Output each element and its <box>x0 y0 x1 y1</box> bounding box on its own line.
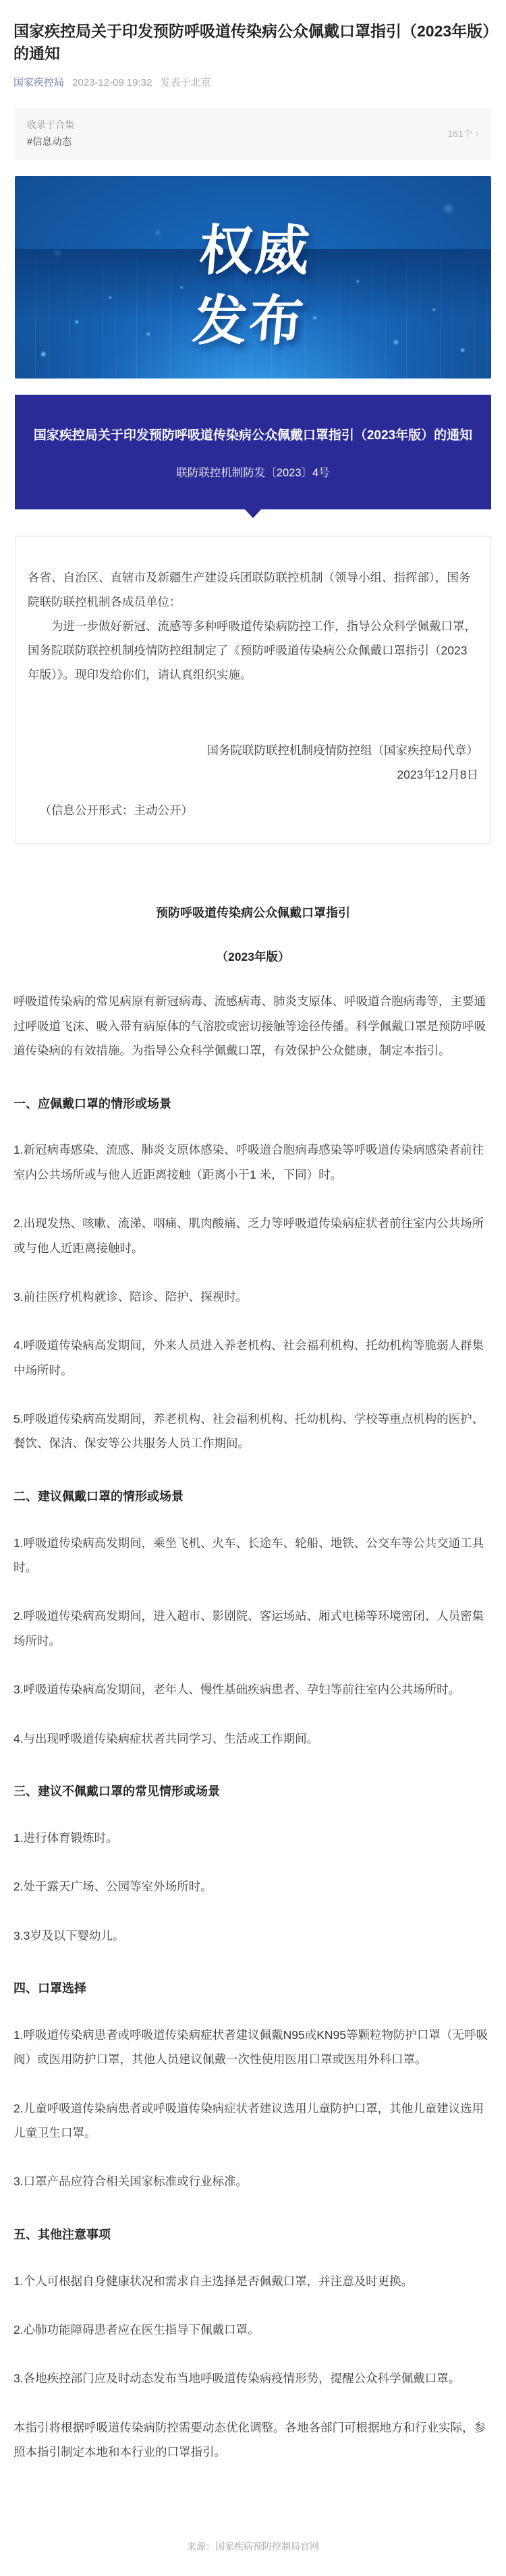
section-1-item: 1.新冠病毒感染、流感、肺炎支原体感染、呼吸道合胞病毒感染等呼吸道传染病感染者前… <box>13 1138 493 1187</box>
section-4-item: 3.口罩产品应符合相关国家标准或行业标准。 <box>13 2169 493 2193</box>
section-1-item: 2.出现发热、咳嗽、流涕、咽痛、肌肉酸痛、乏力等呼吸道传染病症状者前往室内公共场… <box>13 1211 493 1260</box>
section-4-item: 2.儿童呼吸道传染病患者或呼吸道传染病症状者建议选用儿童防护口罩，其他儿童建议选… <box>13 2096 493 2146</box>
section-5-item: 2.心肺功能障碍患者应在医生指导下佩戴口罩。 <box>13 2318 493 2342</box>
source-text: 来源：国家疾病预防控制局官网 <box>187 2541 319 2552</box>
letter-signer: 国务院联防联控机制疫情防控组（国家疾控局代章） <box>28 739 478 763</box>
letter-body: 为进一步做好新冠、流感等多种呼吸道传染病防控工作，指导公众科学佩戴口罩，国务院联… <box>28 615 478 688</box>
source-footer: 来源：国家疾病预防控制局官网 <box>0 2540 506 2576</box>
notice-pointer-arrow <box>245 509 261 518</box>
notice-doc-number: 联防联控机制防发〔2023〕4号 <box>32 464 474 480</box>
letter-disclosure: （信息公开形式：主动公开） <box>28 799 478 823</box>
guideline-title: 预防呼吸道传染病公众佩戴口罩指引 <box>13 903 493 921</box>
section-2-item: 2.呼吸道传染病高发期间，进入超市、影剧院、客运场站、厢式电梯等环境密闭、人员密… <box>13 1604 493 1653</box>
byline: 国家疾控局 2023-12-09 19:32 发表于北京 <box>0 65 506 89</box>
article-page: 国家疾控局关于印发预防呼吸道传染病公众佩戴口罩指引（2023年版）的通知 国家疾… <box>0 0 506 2576</box>
section-2-item: 1.呼吸道传染病高发期间，乘坐飞机、火车、长途车、轮船、地铁、公交车等公共交通工… <box>13 1531 493 1580</box>
section-4-heading: 四、口罩选择 <box>13 1979 493 1998</box>
section-1-heading: 一、应佩戴口罩的情形或场景 <box>13 1094 493 1114</box>
page-title: 国家疾控局关于印发预防呼吸道传染病公众佩戴口罩指引（2023年版）的通知 <box>0 0 506 65</box>
guideline-intro: 呼吸道传染病的常见病原有新冠病毒、流感病毒、肺炎支原体、呼吸道合胞病毒等，主要通… <box>13 989 493 1063</box>
section-3-item: 2.处于露天广场、公园等室外场所时。 <box>13 1874 493 1899</box>
chevron-right-icon: › <box>476 128 479 140</box>
guideline-closing: 本指引将根据呼吸道传染病防控需要动态优化调整。各地各部门可根据地方和行业实际，参… <box>13 2415 493 2465</box>
section-2-item: 3.呼吸道传染病高发期间，老年人、慢性基础疾病患者、孕妇等前往室内公共场所时。 <box>13 1677 493 1702</box>
section-1-item: 3.前往医疗机构就诊、陪诊、陪护、探视时。 <box>13 1285 493 1309</box>
guideline-document: 预防呼吸道传染病公众佩戴口罩指引 （2023年版） 呼吸道传染病的常见病原有新冠… <box>0 903 506 2464</box>
section-1-item: 4.呼吸道传染病高发期间，外来人员进入养老机构、社会福利机构、托幼机构等脆弱人群… <box>13 1333 493 1382</box>
section-1-item: 5.呼吸道传染病高发期间，养老机构、社会福利机构、托幼机构、学校等重点机构的医护… <box>13 1407 493 1456</box>
letter-sign-date: 2023年12月8日 <box>28 763 478 787</box>
notice-title: 国家疾控局关于印发预防呼吸道传染病公众佩戴口罩指引（2023年版）的通知 <box>32 426 474 446</box>
section-2-heading: 二、建议佩戴口罩的情形或场景 <box>13 1487 493 1507</box>
section-3-item: 1.进行体育锻炼时。 <box>13 1826 493 1850</box>
section-5-heading: 五、其他注意事项 <box>13 2225 493 2245</box>
notice-title-box: 国家疾控局关于印发预防呼吸道传染病公众佩戴口罩指引（2023年版）的通知 联防联… <box>15 395 491 509</box>
banner-headline-line2: 发布 <box>190 286 308 356</box>
letter-box: 各省、自治区、直辖市及新疆生产建设兵团联防联控机制（领导小组、指挥部），国务院联… <box>15 536 491 844</box>
collection-count-text: 161个 <box>447 127 472 140</box>
collection-card[interactable]: 收录于合集 #信息动态 161个 › <box>15 108 491 160</box>
collection-label: 收录于合集 <box>27 117 74 134</box>
banner-headline-line1: 权威 <box>196 216 314 286</box>
section-5-item: 3.各地疾控部门应及时动态发布当地呼吸道传染病疫情形势，提醒公众科学佩戴口罩。 <box>13 2366 493 2390</box>
collection-info: 收录于合集 #信息动态 <box>27 117 74 151</box>
guideline-subtitle: （2023年版） <box>13 948 493 965</box>
author-link[interactable]: 国家疾控局 <box>13 75 64 89</box>
publish-date: 2023-12-09 19:32 <box>72 77 152 88</box>
section-4-item: 1.呼吸道传染病患者或呼吸道传染病症状者建议佩戴N95或KN95等颗粒物防护口罩… <box>13 2023 493 2072</box>
section-3-item: 3.3岁及以下婴幼儿。 <box>13 1924 493 1948</box>
section-2-item: 4.与出现呼吸道传染病症状者共同学习、生活或工作期间。 <box>13 1727 493 1751</box>
section-5-item: 1.个人可根据自身健康状况和需求自主选择是否佩戴口罩，并注意及时更换。 <box>13 2269 493 2293</box>
banner-headline: 权威 发布 <box>15 176 491 379</box>
banner-image[interactable]: 权威 发布 <box>15 176 491 379</box>
publish-location: 发表于北京 <box>160 75 210 89</box>
collection-tag: #信息动态 <box>27 134 74 151</box>
section-3-heading: 三、建议不佩戴口罩的常见情形或场景 <box>13 1782 493 1801</box>
letter-salutation: 各省、自治区、直辖市及新疆生产建设兵团联防联控机制（领导小组、指挥部），国务院联… <box>28 566 478 615</box>
collection-count: 161个 › <box>447 127 479 140</box>
